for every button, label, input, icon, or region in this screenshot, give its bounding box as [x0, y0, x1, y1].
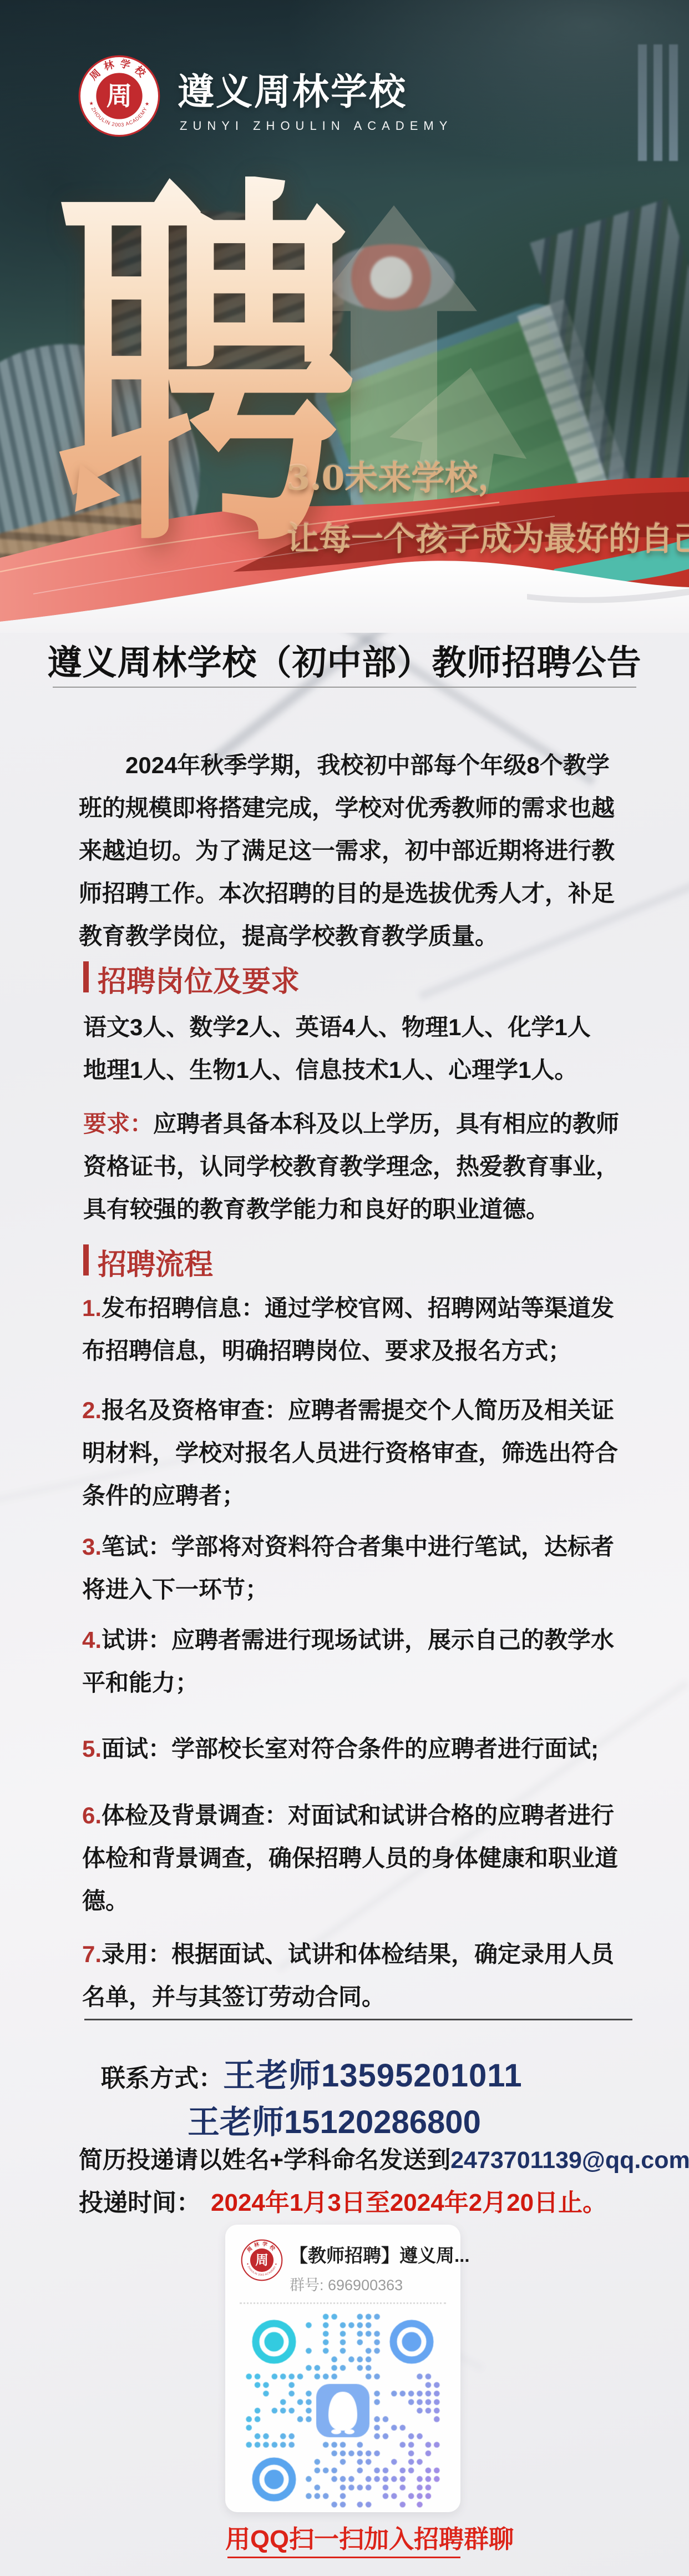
step-text: 学部校长室对符合条件的应聘者进行面试;	[171, 1736, 599, 1762]
resume-instruction: 简历投递请以姓名+学科命名发送到	[79, 2147, 450, 2174]
step-number: 1.	[82, 1295, 102, 1321]
recruit-step-4: 4.试讲：应聘者需进行现场试讲，展示自己的教学水平和能力；	[82, 1619, 632, 1704]
subject-quota-list: 语文3人、数学2人、英语4人、物理1人、化学1人 地理1人、生物1人、信息技术1…	[83, 1006, 638, 1091]
school-name-en: ZUNYI ZHOULIN ACADEMY	[180, 119, 453, 133]
school-seal-logo: 周 周林学校 ★ ZHOULIN 2003 ACADEMY ★	[78, 54, 161, 138]
deadline-value: 2024年1月3日至2024年2月20日止。	[211, 2189, 607, 2216]
qq-group-card: 周 周林学校 ★ ZHOULIN 2003 ACADEMY ★ 【教师招聘】遵义…	[225, 2225, 460, 2512]
qq-group-number: 群号: 696900363	[290, 2273, 470, 2295]
qr-caption-underline	[227, 2557, 460, 2558]
step-number: 7.	[82, 1941, 102, 1967]
step-title: 发布招聘信息：	[102, 1295, 265, 1321]
contact-label: 联系方式：	[101, 2065, 223, 2092]
hero-slogan-line2: 让每一个孩子成为最好的自己	[287, 513, 689, 559]
recruit-step-6: 6.体检及背景调查：对面试和试讲合格的应聘者进行体检和背景调查，确保招聘人员的身…	[82, 1794, 632, 1922]
step-title: 录用：	[102, 1941, 171, 1967]
subject-quota-line: 语文3人、数学2人、英语4人、物理1人、化学1人	[83, 1006, 638, 1048]
recruit-step-1: 1.发布招聘信息：通过学校官网、招聘网站等渠道发布招聘信息，明确招聘岗位、要求及…	[82, 1287, 632, 1372]
seal-glyph: 周	[255, 2252, 268, 2268]
qq-group-title: 【教师招聘】遵义周...	[290, 2241, 470, 2267]
section-header-process: 招聘流程	[98, 1241, 213, 1283]
step-number: 4.	[82, 1627, 102, 1653]
deadline-line: 投递时间：2024年1月3日至2024年2月20日止。	[79, 2182, 607, 2218]
deadline-label: 投递时间：	[79, 2189, 201, 2216]
seal-glyph: 周	[107, 81, 133, 112]
step-number: 5.	[82, 1736, 102, 1762]
step-title: 试讲：	[102, 1627, 171, 1653]
requirement-label: 要求：	[83, 1111, 153, 1137]
step-title: 体检及背景调查：	[102, 1802, 288, 1828]
intro-paragraph: 2024年秋季学期，我校初中部每个年级8个教学班的规模即将搭建完成，学校对优秀教…	[79, 744, 615, 957]
step-number: 3.	[82, 1534, 102, 1560]
title-divider	[53, 687, 636, 688]
resume-email-line: 简历投递请以姓名+学科命名发送到2473701139@qq.com	[79, 2141, 689, 2175]
recruit-step-3: 3.笔试：学部将对资料符合者集中进行笔试，达标者将进入下一环节；	[82, 1525, 632, 1611]
recruit-step-7: 7.录用：根据面试、试讲和体检结果，确定录用人员名单，并与其签订劳动合同。	[82, 1933, 632, 2018]
card-dotted-divider	[240, 2302, 446, 2304]
resume-email: 2473701139@qq.com	[450, 2147, 689, 2174]
recruit-step-5: 5.面试：学部校长室对符合条件的应聘者进行面试;	[82, 1727, 632, 1770]
recruit-step-2: 2.报名及资格审查：应聘者需提交个人简历及相关证明材料，学校对报名人员进行资格审…	[82, 1389, 632, 1517]
requirement-text: 应聘者具备本科及以上学历，具有相应的教师资格证书，认同学校教育教学理念，热爱教育…	[83, 1111, 619, 1222]
school-name-cn: 遵义周林学校	[178, 62, 407, 115]
qr-caption: 用QQ扫一扫加入招聘群聊	[225, 2519, 460, 2555]
recruitment-poster: 周 周林学校 ★ ZHOULIN 2003 ACADEMY ★ 遵义周林学校 Z…	[0, 0, 689, 2576]
school-seal-logo-small: 周 周林学校 ★ ZHOULIN 2003 ACADEMY ★	[241, 2239, 283, 2281]
contact-phone-2: 王老师15120286800	[188, 2096, 481, 2143]
step-title: 笔试：	[102, 1534, 171, 1560]
contact-phone-1: 王老师13595201011	[223, 2058, 523, 2094]
requirement-paragraph: 要求：应聘者具备本科及以上学历，具有相应的教师资格证书，认同学校教育教学理念，热…	[83, 1102, 632, 1231]
hero-slogan-line1: 3.0未来学校，	[287, 452, 511, 500]
page-title: 遵义周林学校（初中部）教师招聘公告	[0, 635, 689, 684]
section-bar	[83, 1244, 89, 1276]
qq-group-qrcode	[245, 2312, 441, 2509]
subject-quota-line: 地理1人、生物1人、信息技术1人、心理学1人。	[83, 1048, 638, 1091]
contact-divider	[84, 2019, 632, 2020]
step-number: 6.	[82, 1802, 102, 1828]
section-bar	[83, 961, 89, 992]
step-title: 报名及资格审查：	[102, 1397, 288, 1423]
qq-card-header: 周 周林学校 ★ ZHOULIN 2003 ACADEMY ★ 【教师招聘】遵义…	[241, 2239, 445, 2292]
step-title: 面试：	[102, 1736, 171, 1762]
contact-line-1: 联系方式：王老师13595201011	[101, 2049, 523, 2096]
section-header-positions: 招聘岗位及要求	[98, 958, 300, 1000]
step-number: 2.	[82, 1397, 102, 1423]
